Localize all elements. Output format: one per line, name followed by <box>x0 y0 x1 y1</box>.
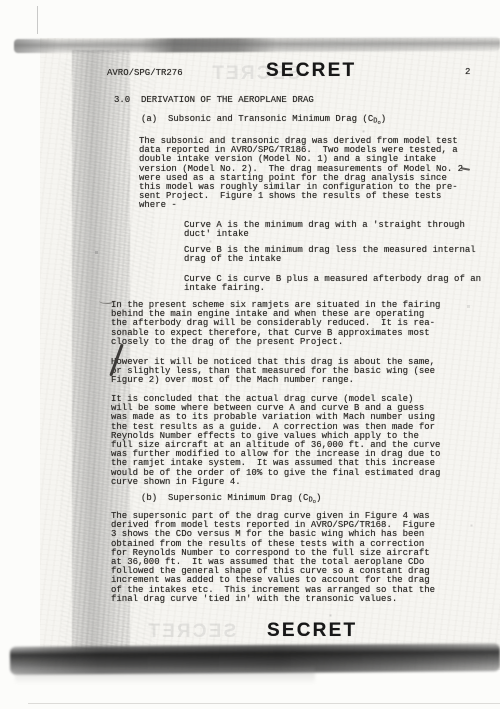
subsection-a-heading: (a) Subsonic and Transonic Minimum Drag … <box>141 115 386 127</box>
paragraph-subsonic-intro: The subsonic and transonic drag was deri… <box>139 137 463 211</box>
section-heading: 3.0 DERIVATION OF THE AEROPLANE DRAG <box>114 96 314 105</box>
curve-b-description: Curve B is the minimum drag less the mea… <box>184 246 476 264</box>
scan-smudge-top-edge <box>14 37 500 53</box>
paragraph-ramjet-fairing: In the present scheme six ramjets are si… <box>111 301 440 347</box>
page-number: 2 <box>465 68 470 77</box>
scanned-document-page: SECRET AVRO/SPG/TR276 SECRET 2 3.0 DERIV… <box>0 0 500 709</box>
subsection-b-label-close: ) <box>316 493 321 503</box>
scan-bottom-line <box>28 703 500 704</box>
subsection-a-label: (a) Subsonic and Transonic Minimum Drag … <box>141 114 373 124</box>
paragraph-drag-curve-conclusion: It is concluded that the actual drag cur… <box>111 395 440 487</box>
scan-scratch-mark <box>37 6 38 34</box>
scan-smudge-bottom-fade <box>15 668 315 684</box>
curve-c-description: Curve C is curve B plus a measured after… <box>184 275 481 293</box>
classification-stamp-bottom: SECRET <box>267 620 357 642</box>
subsection-a-label-close: ) <box>381 114 386 124</box>
scan-speckles <box>0 0 1 1</box>
classification-stamp-top: SECRET <box>266 60 356 82</box>
ghost-secret-stamp-bottom: SECRET <box>146 621 236 643</box>
report-number: AVRO/SPG/TR276 <box>107 69 183 78</box>
paragraph-supersonic-drag: The supersonic part of the drag curve gi… <box>111 512 435 604</box>
subsection-b-label: (b) Supersonic Minimum Drag (C <box>141 493 308 503</box>
paragraph-basic-wing-comparison: However it will be noticed that this dra… <box>111 358 435 386</box>
subsection-b-heading: (b) Supersonic Minimum Drag (CDo) <box>141 494 321 506</box>
curve-a-description: Curve A is the minimum drag with a 'stra… <box>184 221 465 239</box>
